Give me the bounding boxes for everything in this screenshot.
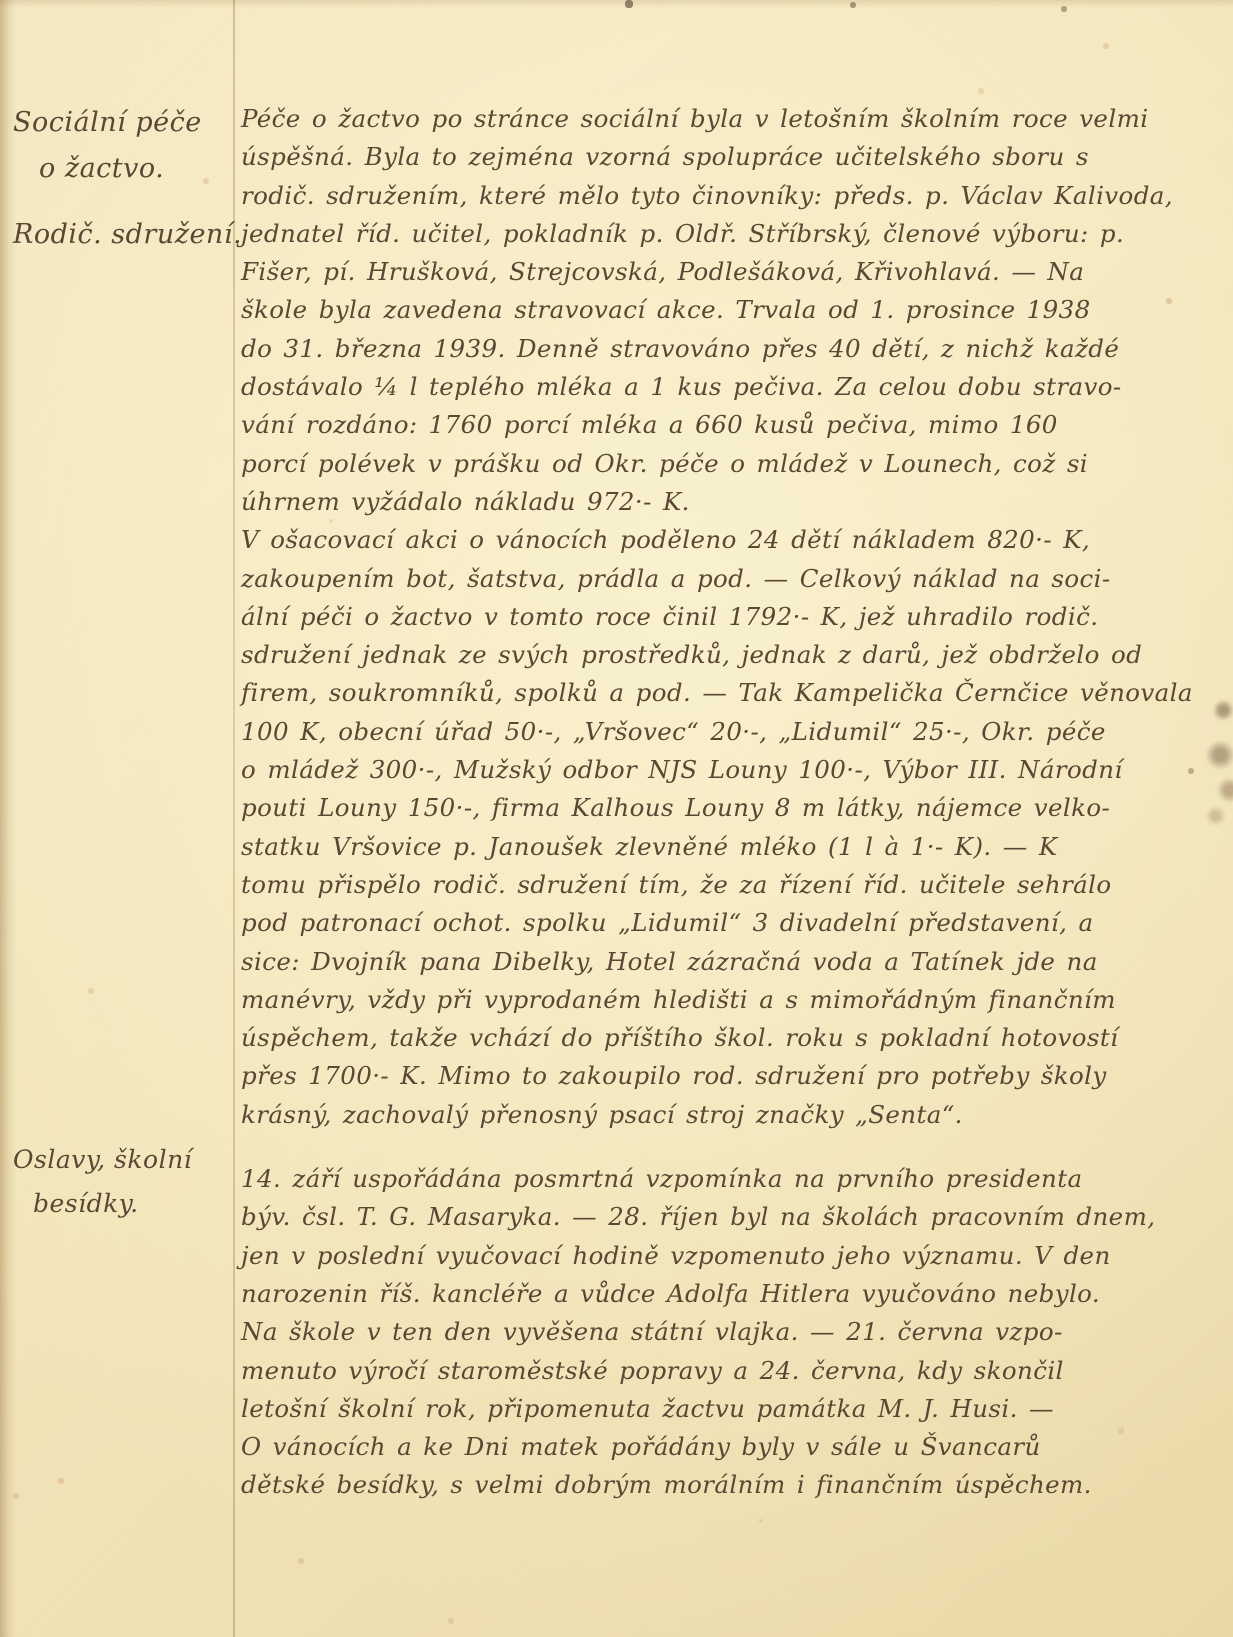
paragraph-social-care: Péče o žactvo po stránce sociální byla v…: [241, 100, 1191, 521]
handwritten-line: přes 1700·- K. Mimo to zakoupilo rod. sd…: [241, 1057, 1191, 1095]
scan-top-edge: [0, 0, 1233, 8]
handwritten-line: škole byla zavedena stravovací akce. Trv…: [241, 291, 1191, 329]
handwritten-line: letošní školní rok, připomenuta žactvu p…: [241, 1390, 1191, 1428]
paragraph-celebrations: 14. září uspořádána posmrtná vzpomínka n…: [241, 1160, 1191, 1505]
ink-stain: [1195, 675, 1233, 835]
handwritten-line: V ošacovací akci o vánocích poděleno 24 …: [241, 521, 1191, 559]
handwritten-line: pouti Louny 150·-, firma Kalhous Louny 8…: [241, 789, 1191, 827]
margin-note-line: Rodič. sdružení.: [13, 212, 228, 258]
margin-note-line: besídky.: [33, 1182, 228, 1226]
handwritten-line: býv. čsl. T. G. Masaryka. — 28. říjen by…: [241, 1198, 1191, 1236]
handwritten-line: jen v poslední vyučovací hodině vzpomenu…: [241, 1237, 1191, 1275]
handwritten-line: sdružení jednak ze svých prostředků, jed…: [241, 636, 1191, 674]
handwritten-line: narozenin říš. kancléře a vůdce Adolfa H…: [241, 1275, 1191, 1313]
handwritten-body: Péče o žactvo po stránce sociální byla v…: [241, 100, 1191, 1505]
handwritten-line: manévry, vždy při vyprodaném hledišti a …: [241, 981, 1191, 1019]
handwritten-line: vání rozdáno: 1760 porcí mléka a 660 kus…: [241, 406, 1191, 444]
chronicle-page: Sociální péče o žactvo. Rodič. sdružení.…: [0, 0, 1233, 1637]
handwritten-line: pod patronací ochot. spolku „Lidumil“ 3 …: [241, 904, 1191, 942]
handwritten-line: dostávalo ¼ l teplého mléka a 1 kus peči…: [241, 368, 1191, 406]
handwritten-line: do 31. března 1939. Denně stravováno pře…: [241, 330, 1191, 368]
margin-note-celebrations: Oslavy, školní besídky.: [13, 1138, 228, 1226]
handwritten-line: Fišer, pí. Hrušková, Strejcovská, Podleš…: [241, 253, 1191, 291]
margin-note-parents-association: Rodič. sdružení.: [13, 212, 228, 258]
margin-note-social-care: Sociální péče o žactvo.: [13, 100, 228, 192]
handwritten-line: sice: Dvojník pana Dibelky, Hotel zázrač…: [241, 943, 1191, 981]
handwritten-line: Na škole v ten den vyvěšena státní vlajk…: [241, 1313, 1191, 1351]
margin-note-line: Oslavy, školní: [13, 1138, 228, 1182]
margin-note-line: Sociální péče: [13, 100, 228, 146]
handwritten-line: O vánocích a ke Dni matek pořádány byly …: [241, 1428, 1191, 1466]
handwritten-line: krásný, zachovalý přenosný psací stroj z…: [241, 1096, 1191, 1134]
handwritten-line: firem, soukromníků, spolků a pod. — Tak …: [241, 674, 1191, 712]
handwritten-line: rodič. sdružením, které mělo tyto činovn…: [241, 177, 1191, 215]
handwritten-line: Péče o žactvo po stránce sociální byla v…: [241, 100, 1191, 138]
handwritten-line: úspěchem, takže vchází do příštího škol.…: [241, 1019, 1191, 1057]
handwritten-line: porcí polévek v prášku od Okr. péče o ml…: [241, 445, 1191, 483]
paragraph-clothing-and-theatre: V ošacovací akci o vánocích poděleno 24 …: [241, 521, 1191, 1134]
margin-note-line: o žactvo.: [39, 146, 228, 192]
handwritten-line: zakoupením bot, šatstva, prádla a pod. —…: [241, 560, 1191, 598]
handwritten-line: menuto výročí staroměstské popravy a 24.…: [241, 1352, 1191, 1390]
handwritten-line: 100 K, obecní úřad 50·-, „Vršovec“ 20·-,…: [241, 713, 1191, 751]
handwritten-line: 14. září uspořádána posmrtná vzpomínka n…: [241, 1160, 1191, 1198]
handwritten-line: o mládež 300·-, Mužský odbor NJS Louny 1…: [241, 751, 1191, 789]
handwritten-line: úhrnem vyžádalo nákladu 972·- K.: [241, 483, 1191, 521]
handwritten-line: dětské besídky, s velmi dobrým morálním …: [241, 1466, 1191, 1504]
handwritten-line: statku Vršovice p. Janoušek zlevněné mlé…: [241, 828, 1191, 866]
handwritten-line: jednatel říd. učitel, pokladník p. Oldř.…: [241, 215, 1191, 253]
handwritten-line: úspěšná. Byla to zejména vzorná spoluprá…: [241, 138, 1191, 176]
handwritten-line: ální péči o žactvo v tomto roce činil 17…: [241, 598, 1191, 636]
paper-foxing-speckles: [0, 0, 2, 2]
handwritten-line: tomu přispělo rodič. sdružení tím, že za…: [241, 866, 1191, 904]
